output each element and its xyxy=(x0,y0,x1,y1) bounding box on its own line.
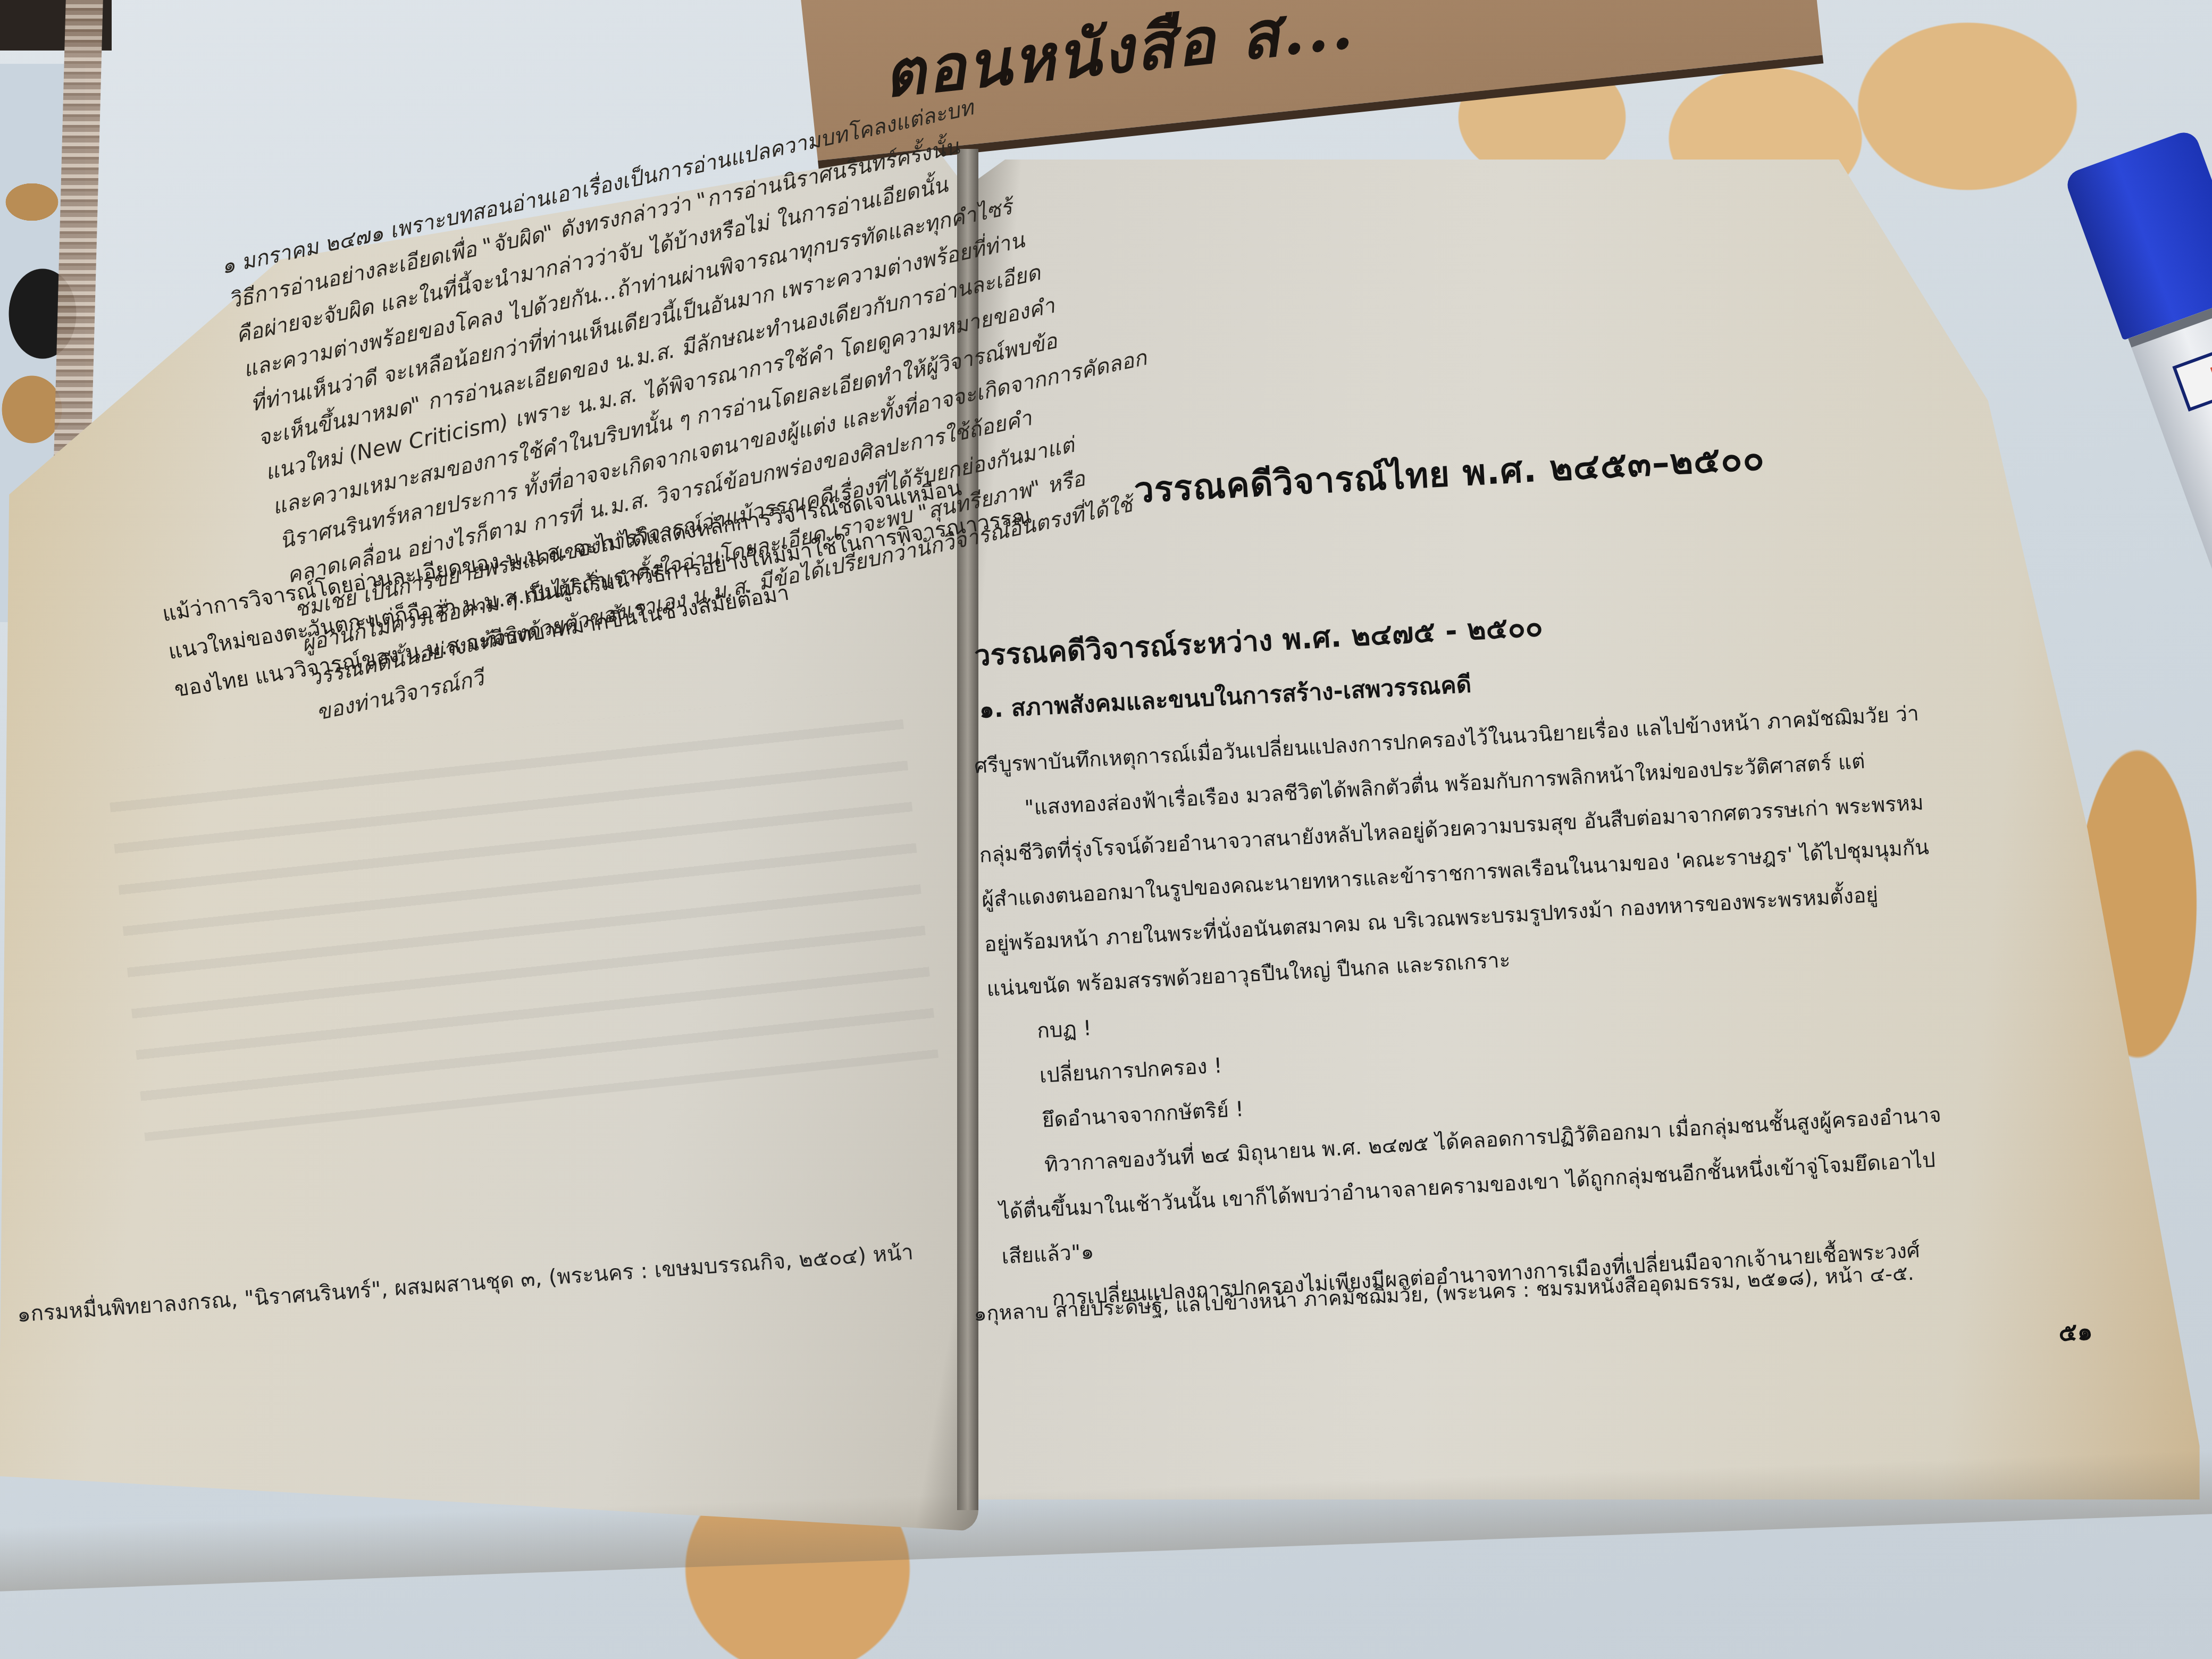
page-number: ๕๑ xyxy=(2058,1312,2093,1352)
open-book: ๑ มกราคม ๒๔๗๑ เพราะบทสอนอ่านเอาเรื่องเป็… xyxy=(0,0,2212,1659)
right-page-body: ศรีบูรพาบันทึกเหตุการณ์เมื่อวันเปลี่ยนแป… xyxy=(973,691,1953,1324)
